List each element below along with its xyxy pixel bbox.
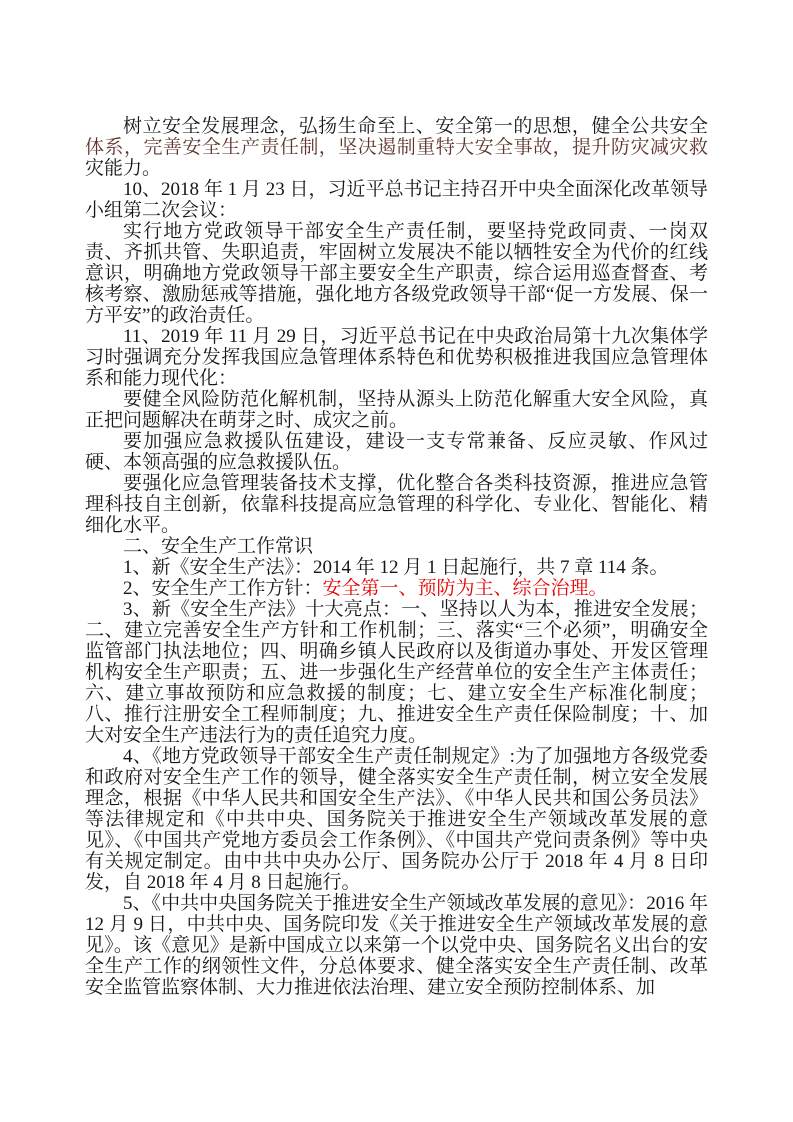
text-run: 实行地方党政领导干部安全生产责任制，要坚持党政同责、一岗双责、齐抓共管、失职追责… xyxy=(85,221,708,326)
paragraph: 要强化应急管理装备技术支撑，优化整合各类科技资源，推进应急管理科技自主创新，依靠… xyxy=(85,473,708,536)
text-run: 2、安全生产工作方针： xyxy=(123,578,323,599)
text-run: 11、2019 年 11 月 29 日，习近平总书记在中央政治局第十九次集体学习… xyxy=(85,326,708,389)
paragraph: 实行地方党政领导干部安全生产责任制，要坚持党政同责、一岗双责、齐抓共管、失职追责… xyxy=(85,221,708,326)
text-run: 10、2018 年 1 月 23 日，习近平总书记主持召开中央全面深化改革领导小… xyxy=(85,179,708,221)
paragraph: 10、2018 年 1 月 23 日，习近平总书记主持召开中央全面深化改革领导小… xyxy=(85,179,708,221)
text-run: 要强化应急管理装备技术支撑，优化整合各类科技资源，推进应急管理科技自主创新，依靠… xyxy=(85,473,708,536)
highlighted-text-run: 体系，完善安全生产责任制，坚决遏制重特大安全事故，提升防灾减灾救 xyxy=(85,137,708,158)
text-run: 二、安全生产工作常识 xyxy=(123,536,313,557)
text-run: 要健全风险防范化解机制，坚持从源头上防范化解重大安全风险，真正把问题解决在萌芽之… xyxy=(85,389,708,431)
text-run: 3、新《安全生产法》十大亮点：一、坚持以人为本，推进安全发展；二、建立完善安全生… xyxy=(85,599,708,746)
paragraph: 要加强应急救援队伍建设，建设一支专常兼备、反应灵敏、作风过硬、本领高强的应急救援… xyxy=(85,431,708,473)
paragraph: 2、安全生产工作方针：安全第一、预防为主、综合治理。 xyxy=(85,578,708,599)
document-body: 树立安全发展理念，弘扬生命至上、安全第一的思想，健全公共安全体系，完善安全生产责… xyxy=(85,116,708,998)
paragraph: 3、新《安全生产法》十大亮点：一、坚持以人为本，推进安全发展；二、建立完善安全生… xyxy=(85,599,708,746)
text-run: 要加强应急救援队伍建设，建设一支专常兼备、反应灵敏、作风过硬、本领高强的应急救援… xyxy=(85,431,708,473)
paragraph: 5、《中共中央国务院关于推进安全生产领域改革发展的意见》：2016 年 12 月… xyxy=(85,893,708,998)
paragraph: 二、安全生产工作常识 xyxy=(85,536,708,557)
highlighted-text-run: 安全第一、预防为主、综合治理。 xyxy=(323,578,608,599)
paragraph: 1、新《安全生产法》：2014 年 12 月 1 日起施行，共 7 章 114 … xyxy=(85,557,708,578)
paragraph: 11、2019 年 11 月 29 日，习近平总书记在中央政治局第十九次集体学习… xyxy=(85,326,708,389)
document-page: 树立安全发展理念，弘扬生命至上、安全第一的思想，健全公共安全体系，完善安全生产责… xyxy=(0,0,793,1122)
paragraph: 4、《地方党政领导干部安全生产责任制规定》:为了加强地方各级党委和政府对安全生产… xyxy=(85,746,708,893)
text-run: 5、《中共中央国务院关于推进安全生产领域改革发展的意见》：2016 年 12 月… xyxy=(85,893,708,998)
text-run: 树立安全发展理念，弘扬生命至上、安全第一的思想，健全公共安全 xyxy=(123,116,708,137)
text-run: 1、新《安全生产法》：2014 年 12 月 1 日起施行，共 7 章 114 … xyxy=(123,557,669,578)
text-run: 4、《地方党政领导干部安全生产责任制规定》:为了加强地方各级党委和政府对安全生产… xyxy=(85,746,708,893)
paragraph: 要健全风险防范化解机制，坚持从源头上防范化解重大安全风险，真正把问题解决在萌芽之… xyxy=(85,389,708,431)
text-run: 灾能力。 xyxy=(85,158,161,179)
paragraph: 树立安全发展理念，弘扬生命至上、安全第一的思想，健全公共安全体系，完善安全生产责… xyxy=(85,116,708,179)
